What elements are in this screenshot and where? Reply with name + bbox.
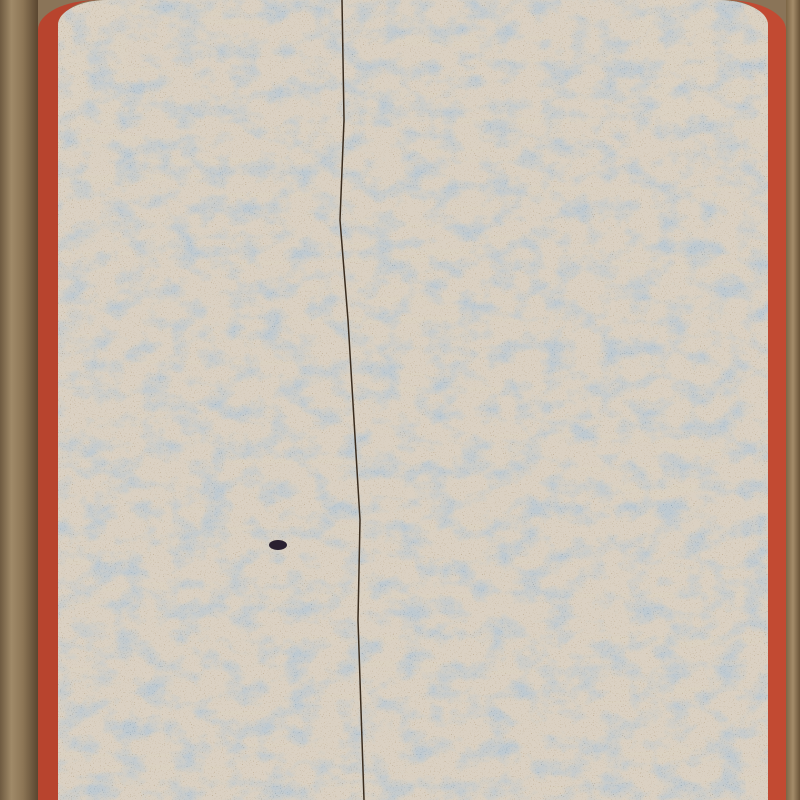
painted-panel-photo	[0, 0, 800, 800]
knot	[269, 540, 287, 550]
marbled-panel	[58, 0, 768, 800]
wood-frame-right	[786, 0, 800, 800]
blue-pattern	[58, 0, 768, 800]
wood-frame-left	[0, 0, 38, 800]
